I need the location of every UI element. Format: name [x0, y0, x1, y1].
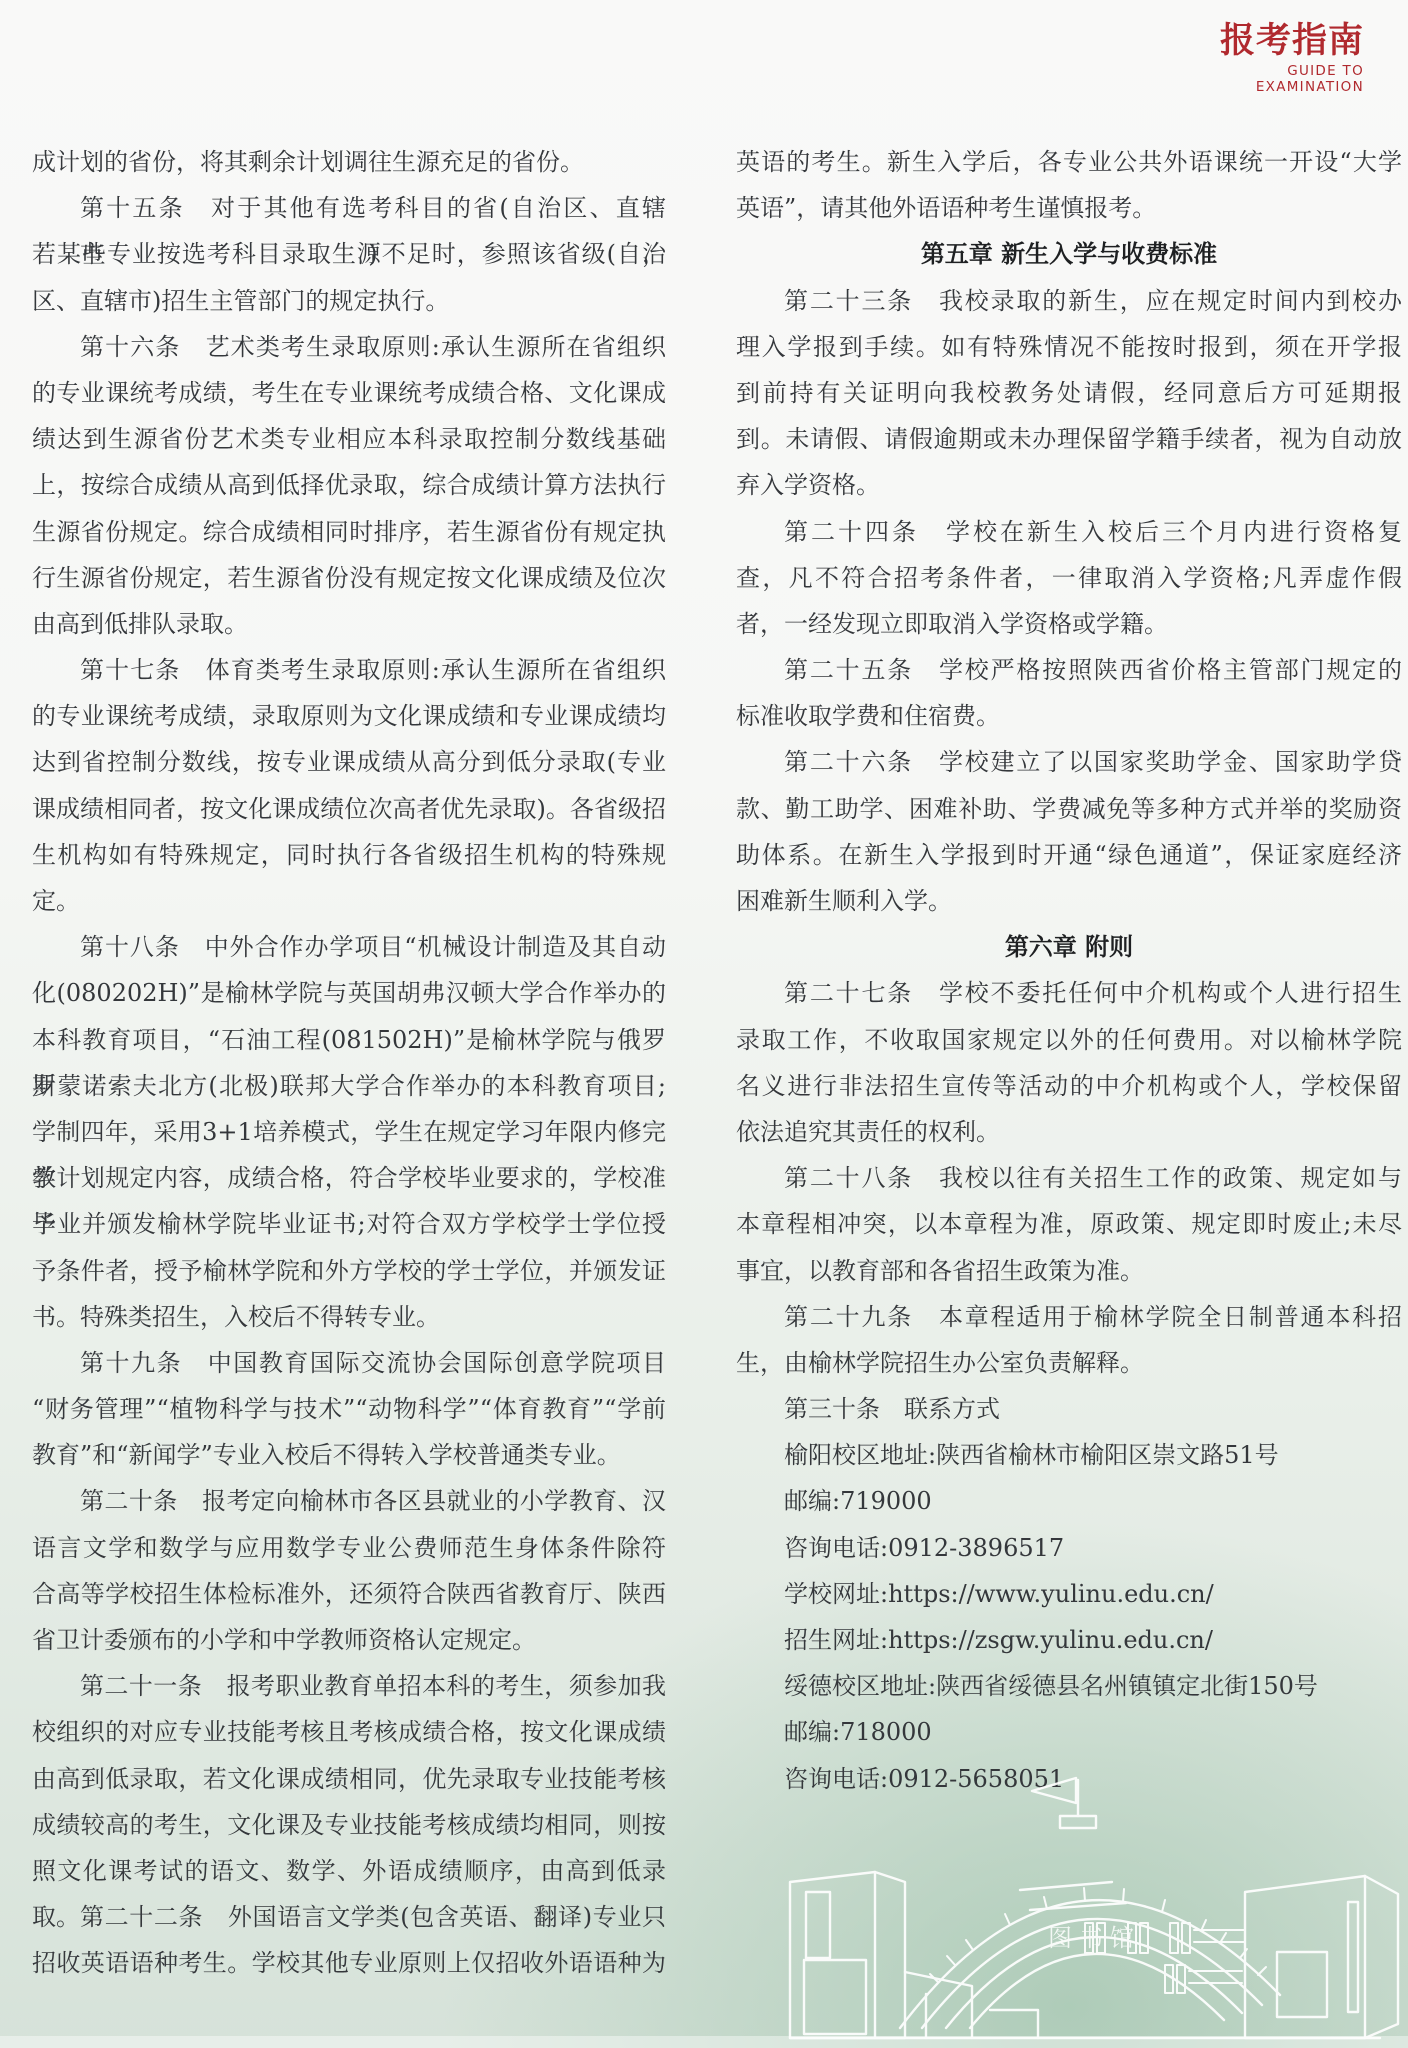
text-line: 的专业课统考成绩，录取原则为文化课成绩和专业课成绩均 [32, 693, 666, 739]
text-line: 到。未请假、请假逾期或未办理保留学籍手续者，视为自动放 [736, 416, 1402, 462]
text-line: 者，一经发现立即取消入学资格或学籍。 [736, 601, 1402, 647]
text-line: 校组织的对应专业技能考核且考核成绩合格，按文化课成绩 [32, 1709, 666, 1755]
text-line: 第十九条 中国教育国际交流协会国际创意学院项目 [32, 1340, 666, 1386]
text-line: 罗蒙诺索夫北方(北极)联邦大学合作举办的本科教育项目; [32, 1063, 666, 1109]
text-line: 生，由榆林学院招生办公室负责解释。 [736, 1340, 1402, 1386]
text-line: 第十八条 中外合作办学项目“机械设计制造及其自动 [32, 924, 666, 970]
text-line: 第二十二条 外国语言文学类(包含英语、翻译)专业只 [32, 1894, 666, 1940]
text-line: 绥德校区地址:陕西省绥德县名州镇镇定北街150号 [736, 1663, 1402, 1709]
text-line: 成绩较高的考生，文化课及专业技能考核成绩均相同，则按 [32, 1802, 666, 1848]
text-line: 本章程相冲突，以本章程为准，原政策、规定即时废止;未尽 [736, 1201, 1402, 1247]
text-line: 第二十三条 我校录取的新生，应在规定时间内到校办 [736, 278, 1402, 324]
text-line: 本科教育项目，“石油工程(081502H)”是榆林学院与俄罗斯 [32, 1017, 666, 1063]
chapter-heading: 第六章 附则 [736, 924, 1402, 970]
text-line: 生源省份规定。综合成绩相同时排序，若生源省份有规定执 [32, 509, 666, 555]
text-line: 招生网址:https://zsgw.yulinu.edu.cn/ [736, 1617, 1402, 1663]
text-line: 化(080202H)”是榆林学院与英国胡弗汉顿大学合作举办的 [32, 970, 666, 1016]
header-subtitle-en: GUIDE TO EXAMINATION [1220, 63, 1364, 95]
library-label: 图书馆 [1048, 1924, 1141, 1952]
text-line: 学校网址:https://www.yulinu.edu.cn/ [736, 1571, 1402, 1617]
text-line: 弃入学资格。 [736, 462, 1402, 508]
text-line: 名义进行非法招生宣传等活动的中介机构或个人，学校保留 [736, 1063, 1402, 1109]
text-line: 榆阳校区地址:陕西省榆林市榆阳区崇文路51号 [736, 1432, 1402, 1478]
text-line: 第十五条 对于其他有选考科目的省(自治区、直辖市)， [32, 185, 666, 231]
text-line: 第十六条 艺术类考生录取原则:承认生源所在省组织 [32, 324, 666, 370]
text-line: 依法追究其责任的权利。 [736, 1109, 1402, 1155]
text-line: 达到省控制分数线，按专业课成绩从高分到低分录取(专业 [32, 739, 666, 785]
text-line: 招收英语语种考生。学校其他专业原则上仅招收外语语种为 [32, 1940, 666, 1986]
header-subtitle-line1: GUIDE TO [1220, 63, 1364, 79]
text-line: 第十七条 体育类考生录取原则:承认生源所在省组织 [32, 647, 666, 693]
text-line: 咨询电话:0912-3896517 [736, 1525, 1402, 1571]
text-line: 学制四年，采用3+1培养模式，学生在规定学习年限内修完教 [32, 1109, 666, 1155]
right-tower [1245, 1876, 1398, 2038]
text-line: 第三十条 联系方式 [736, 1386, 1402, 1432]
page-edge-strip [0, 2036, 1408, 2048]
dome-arcs [900, 1882, 1280, 2028]
text-line: 事宜，以教育部和各省招生政策为准。 [736, 1248, 1402, 1294]
text-line: 生机构如有特殊规定，同时执行各省级招生机构的特殊规 [32, 832, 666, 878]
text-line: 定。 [32, 878, 666, 924]
flag-icon [1032, 1778, 1096, 1828]
text-line: 第二十条 报考定向榆林市各区县就业的小学教育、汉 [32, 1478, 666, 1524]
text-line: 书。特殊类招生，入校后不得转专业。 [32, 1294, 666, 1340]
text-line: 毕业并颁发榆林学院毕业证书;对符合双方学校学士学位授 [32, 1201, 666, 1247]
right-column: 英语的考生。新生入学后，各专业公共外语课统一开设“大学英语”，请其他外语语种考生… [736, 139, 1402, 1802]
text-line: 录取工作，不收取国家规定以外的任何费用。对以榆林学院 [736, 1017, 1402, 1063]
header-subtitle-line2: EXAMINATION [1220, 79, 1364, 95]
left-tower [790, 1872, 905, 2038]
text-line: 照文化课考试的语文、数学、外语成绩顺序，由高到低录取。 [32, 1848, 666, 1894]
text-line: 查，凡不符合招考条件者，一律取消入学资格;凡弄虚作假 [736, 555, 1402, 601]
text-line: 第二十九条 本章程适用于榆林学院全日制普通本科招 [736, 1294, 1402, 1340]
text-line: 助体系。在新生入学报到时开通“绿色通道”，保证家庭经济 [736, 832, 1402, 878]
text-line: 省卫计委颁布的小学和中学教师资格认定规定。 [32, 1617, 666, 1663]
text-line: 标准收取学费和住宿费。 [736, 693, 1402, 739]
text-line: 合高等学校招生体检标准外，还须符合陕西省教育厅、陕西 [32, 1571, 666, 1617]
text-line: 款、勤工助学、困难补助、学费减免等多种方式并举的奖励资 [736, 786, 1402, 832]
text-line: 学计划规定内容，成绩合格，符合学校毕业要求的，学校准予 [32, 1155, 666, 1201]
page-header: 报考指南 GUIDE TO EXAMINATION [1220, 22, 1364, 95]
text-line: 第二十一条 报考职业教育单招本科的考生，须参加我 [32, 1663, 666, 1709]
text-line: 行生源省份规定，若生源省份没有规定按文化课成绩及位次 [32, 555, 666, 601]
text-line: 邮编:719000 [736, 1478, 1402, 1524]
text-line: 由高到低排队录取。 [32, 601, 666, 647]
text-line: 邮编:718000 [736, 1709, 1402, 1755]
text-line: 英语的考生。新生入学后，各专业公共外语课统一开设“大学 [736, 139, 1402, 185]
text-line: 上，按综合成绩从高到低择优录取，综合成绩计算方法执行 [32, 462, 666, 508]
entrance-steps [790, 1972, 1380, 2038]
text-line: 第二十五条 学校严格按照陕西省价格主管部门规定的 [736, 647, 1402, 693]
text-line: 成计划的省份，将其剩余计划调往生源充足的省份。 [32, 139, 666, 185]
text-line: “财务管理”“植物科学与技术”“动物科学”“体育教育”“学前 [32, 1386, 666, 1432]
text-line: 第二十八条 我校以往有关招生工作的政策、规定如与 [736, 1155, 1402, 1201]
text-line: 第二十四条 学校在新生入校后三个月内进行资格复 [736, 509, 1402, 555]
text-line: 绩达到生源省份艺术类专业相应本科录取控制分数线基础 [32, 416, 666, 462]
text-line: 理入学报到手续。如有特殊情况不能按时报到，须在开学报 [736, 324, 1402, 370]
text-line: 语言文学和数学与应用数学专业公费师范生身体条件除符 [32, 1525, 666, 1571]
text-line: 的专业课统考成绩，考生在专业课统考成绩合格、文化课成 [32, 370, 666, 416]
library-building-watermark: 图书馆 [780, 1770, 1408, 2048]
text-line: 若某些专业按选考科目录取生源不足时，参照该省级(自治 [32, 231, 666, 277]
text-line: 课成绩相同者，按文化课成绩位次高者优先录取)。各省级招 [32, 786, 666, 832]
scanned-guide-page: 报考指南 GUIDE TO EXAMINATION 成计划的省份，将其剩余计划调… [0, 0, 1408, 2048]
text-line: 由高到低录取，若文化课成绩相同，优先录取专业技能考核 [32, 1756, 666, 1802]
text-line: 困难新生顺利入学。 [736, 878, 1402, 924]
chapter-heading: 第五章 新生入学与收费标准 [736, 231, 1402, 277]
header-title-cn: 报考指南 [1220, 22, 1364, 60]
text-line: 英语”，请其他外语语种考生谨慎报考。 [736, 185, 1402, 231]
text-line: 第二十六条 学校建立了以国家奖助学金、国家助学贷 [736, 739, 1402, 785]
text-line: 区、直辖市)招生主管部门的规定执行。 [32, 278, 666, 324]
text-line: 到前持有关证明向我校教务处请假，经同意后方可延期报 [736, 370, 1402, 416]
text-line: 第二十七条 学校不委托任何中介机构或个人进行招生 [736, 970, 1402, 1016]
text-line: 予条件者，授予榆林学院和外方学校的学士学位，并颁发证 [32, 1248, 666, 1294]
text-line: 教育”和“新闻学”专业入校后不得转入学校普通类专业。 [32, 1432, 666, 1478]
left-column: 成计划的省份，将其剩余计划调往生源充足的省份。第十五条 对于其他有选考科目的省(… [32, 139, 666, 1987]
